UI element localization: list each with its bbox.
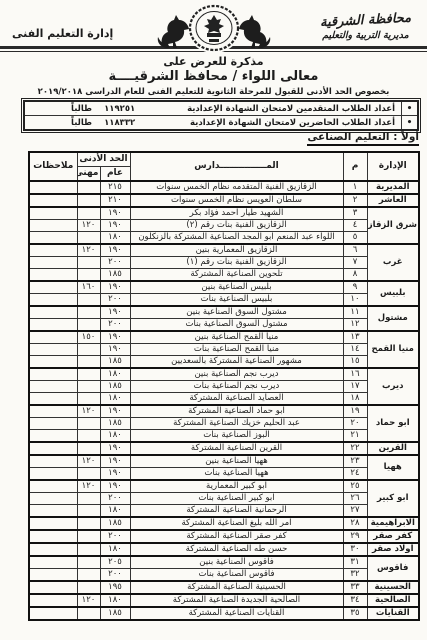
serial-cell: ١٦: [343, 368, 367, 381]
vocational-min-cell: [77, 381, 100, 393]
serial-cell: ١٣: [343, 331, 367, 344]
district-cell: منيا القمح: [367, 331, 419, 368]
table-row: ١٥مشهور الصناعية المشتركة بالسعديين١٨٥: [29, 356, 419, 369]
general-min-cell: ٢٠٥: [100, 556, 130, 569]
table-row: ديرب١٦ديرب نجم الصناعية بنين١٨٠: [29, 368, 419, 381]
notes-cell: [29, 581, 77, 594]
serial-cell: ٥: [343, 232, 367, 245]
general-min-cell: ١٩٠: [100, 306, 130, 319]
vocational-min-cell: [77, 257, 100, 269]
notes-cell: [29, 543, 77, 556]
vocational-min-cell: [77, 393, 100, 406]
school-name-cell: الرحمانية الصناعية المشتركة: [130, 505, 343, 518]
notes-cell: [29, 442, 77, 455]
serial-cell: ١٠: [343, 294, 367, 307]
notes-cell: [29, 405, 77, 418]
stat-row-attendees: • أعداد الطلاب الحاضرين لامتحان الشهادة …: [25, 115, 417, 129]
table-row: ٢١البوز الصناعية بنات١٨٠: [29, 430, 419, 443]
general-min-cell: ١٨٠: [100, 368, 130, 381]
table-row: ٨تلحوين الصناعية المشتركة١٨٥: [29, 269, 419, 282]
serial-cell: ٢٨: [343, 517, 367, 530]
vocational-min-cell: [77, 356, 100, 369]
stat-unit: طالباً: [71, 116, 92, 129]
vocational-min-cell: [77, 442, 100, 455]
vocational-min-cell: [77, 581, 100, 594]
district-cell: المديرية: [367, 181, 419, 194]
table-row: بلبيس٩بلبيس الصناعية بنين١٩٠١٦٠: [29, 281, 419, 294]
serial-cell: ٣٢: [343, 569, 367, 582]
notes-cell: [29, 344, 77, 356]
general-min-cell: ١٩٠: [100, 281, 130, 294]
general-min-cell: ٢٠٠: [100, 294, 130, 307]
serial-cell: ٢٣: [343, 455, 367, 468]
notes-cell: [29, 607, 77, 620]
vocational-min-cell: ١٢٠: [77, 405, 100, 418]
vocational-min-cell: ١٢٠: [77, 594, 100, 607]
district-cell: اولاد صقر: [367, 543, 419, 556]
school-name-cell: القنايات الصناعية المشتركة: [130, 607, 343, 620]
notes-cell: [29, 517, 77, 530]
school-name-cell: امر الله بليغ الصناعية المشتركة: [130, 517, 343, 530]
district-cell: ابو حماد: [367, 405, 419, 442]
vocational-min-cell: [77, 569, 100, 582]
table-row: ٢٧الرحمانية الصناعية المشتركة١٨٠: [29, 505, 419, 518]
school-name-cell: منيا القمح الصناعية بنين: [130, 331, 343, 344]
stat-label: أعداد الطلاب المتقدمين لامتحان الشهادة ا…: [135, 102, 401, 115]
school-name-cell: مشتول السوق الصناعية بنين: [130, 306, 343, 319]
general-min-cell: ٢٠٠: [100, 493, 130, 505]
school-name-cell: الزقازيق الفنية بنات رقم (١): [130, 257, 343, 269]
school-name-cell: ههيا الصناعية بنات: [130, 468, 343, 481]
min-scores-table-body: المديرية١الزقازيق الفنية المتقدمه نظام ا…: [29, 181, 419, 620]
col-header-serial: م: [343, 152, 367, 181]
department-title: إدارة التعليم الفنى: [12, 27, 113, 40]
vocational-min-cell: ١٢٠: [77, 220, 100, 232]
school-name-cell: حسن طه الصناعية المشتركة: [130, 543, 343, 556]
general-min-cell: ٢٠٠: [100, 530, 130, 543]
table-row: الابراهيمية٢٨امر الله بليغ الصناعية المش…: [29, 517, 419, 530]
notes-cell: [29, 530, 77, 543]
notes-cell: [29, 505, 77, 518]
school-name-cell: الصالحية الجديدة الصناعية المشتركة: [130, 594, 343, 607]
table-row: ابو كبير٢٥ابو كبير المعمارية١٩٠١٢٠: [29, 480, 419, 493]
school-name-cell: ههيا الصناعية بنين: [130, 455, 343, 468]
vocational-min-cell: [77, 543, 100, 556]
notes-cell: [29, 319, 77, 332]
serial-cell: ٣٥: [343, 607, 367, 620]
vocational-min-cell: [77, 207, 100, 220]
serial-cell: ١: [343, 181, 367, 194]
table-row: فاقوس٣١فاقوس الصناعية بنين٢٠٥: [29, 556, 419, 569]
table-row: ١٨العصايد الصناعية المشتركة١٨٠: [29, 393, 419, 406]
header-right-block: محافظة الشرقية مديرية التربية والتعليم: [320, 8, 411, 42]
table-row: كفر صقر٢٩كفر صقر الصناعية المشتركة٢٠٠: [29, 530, 419, 543]
memo-title-line1: مذكرة للعرض على: [0, 55, 427, 68]
serial-cell: ٩: [343, 281, 367, 294]
general-min-cell: ١٨٥: [100, 269, 130, 282]
school-name-cell: مشتول السوق الصناعية بنات: [130, 319, 343, 332]
col-header-vocational: مهنى: [77, 167, 100, 182]
table-row: ٣٢فاقوس الصناعية بنات٢٠٠: [29, 569, 419, 582]
general-min-cell: ١٩٠: [100, 455, 130, 468]
notes-cell: [29, 356, 77, 369]
vocational-min-cell: [77, 344, 100, 356]
table-row: ههيا٢٣ههيا الصناعية بنين١٩٠١٢٠: [29, 455, 419, 468]
governorate-emblem-icon: [149, 2, 279, 58]
serial-cell: ٢١: [343, 430, 367, 443]
vocational-min-cell: [77, 505, 100, 518]
school-name-cell: الشهيد طيار احمد فؤاد بكر: [130, 207, 343, 220]
district-cell: ديرب: [367, 368, 419, 405]
vocational-min-cell: [77, 181, 100, 194]
vocational-min-cell: [77, 306, 100, 319]
stat-label: أعداد الطلاب الحاضرين لامتحان الشهادة ال…: [135, 116, 401, 129]
table-row: ٢٠عبد الحليم خزيك الصناعية المشتركة١٨٥: [29, 418, 419, 430]
memo-document-page: محافظة الشرقية مديرية التربية والتعليم إ…: [0, 0, 427, 640]
serial-cell: ٧: [343, 257, 367, 269]
school-name-cell: الزقازيق الفنية بنات رقم (٢): [130, 220, 343, 232]
section-title-industrial-education: أولاً : التعليم الصناعى: [307, 131, 419, 146]
vocational-min-cell: ١٢٠: [77, 480, 100, 493]
vocational-min-cell: [77, 368, 100, 381]
vocational-min-cell: [77, 269, 100, 282]
district-cell: الحسينية: [367, 581, 419, 594]
table-row: المديرية١الزقازيق الفنية المتقدمه نظام ا…: [29, 181, 419, 194]
general-min-cell: ١٩٠: [100, 207, 130, 220]
table-row: ١٢مشتول السوق الصناعية بنات٢٠٠: [29, 319, 419, 332]
serial-cell: ٤: [343, 220, 367, 232]
serial-cell: ٢٧: [343, 505, 367, 518]
vocational-min-cell: [77, 194, 100, 207]
table-row: منيا القمح١٣منيا القمح الصناعية بنين١٩٠١…: [29, 331, 419, 344]
vocational-min-cell: [77, 556, 100, 569]
serial-cell: ١٩: [343, 405, 367, 418]
school-name-cell: الحسينية الصناعية المشتركة: [130, 581, 343, 594]
notes-cell: [29, 480, 77, 493]
notes-cell: [29, 393, 77, 406]
notes-cell: [29, 430, 77, 443]
serial-cell: ٢٩: [343, 530, 367, 543]
table-row: ٧الزقازيق الفنية بنات رقم (١)٢٠٠: [29, 257, 419, 269]
notes-cell: [29, 493, 77, 505]
notes-cell: [29, 269, 77, 282]
bullet-icon: •: [401, 102, 417, 115]
school-name-cell: بلبيس الصناعية بنات: [130, 294, 343, 307]
vocational-min-cell: [77, 294, 100, 307]
table-row: القنايات٣٥القنايات الصناعية المشتركة١٨٥: [29, 607, 419, 620]
memo-title-line2: معالى اللواء / محافظ الشرقيــــة: [0, 69, 427, 84]
serial-cell: ١٨: [343, 393, 367, 406]
general-min-cell: ١٨٠: [100, 505, 130, 518]
general-min-cell: ١٨٠: [100, 594, 130, 607]
table-row: غرب٦الزقازيق المعمارية بنين١٩٠١٢٠: [29, 244, 419, 257]
general-min-cell: ١٨٥: [100, 381, 130, 393]
general-min-cell: ١٨٠: [100, 393, 130, 406]
table-header: الإدارة م المـــــــــــــــدارس الحد ال…: [29, 152, 419, 181]
district-cell: الابراهيمية: [367, 517, 419, 530]
table-row: ١٠بلبيس الصناعية بنات٢٠٠: [29, 294, 419, 307]
stat-value: ١١٨٣٣٢: [104, 116, 135, 129]
vocational-min-cell: [77, 319, 100, 332]
school-name-cell: العصايد الصناعية المشتركة: [130, 393, 343, 406]
table-row: الصالحية٣٤الصالحية الجديدة الصناعية المش…: [29, 594, 419, 607]
general-min-cell: ١٩٠: [100, 244, 130, 257]
vocational-min-cell: [77, 418, 100, 430]
serial-cell: ١١: [343, 306, 367, 319]
table-row: ابو حماد١٩ابو حماد الصناعية المشتركة١٩٠١…: [29, 405, 419, 418]
general-min-cell: ١٩٠: [100, 442, 130, 455]
col-header-district: الإدارة: [367, 152, 419, 181]
table-row: الحسينية٣٣الحسينية الصناعية المشتركة١٩٥: [29, 581, 419, 594]
general-min-cell: ١٨٥: [100, 418, 130, 430]
school-name-cell: الزقازيق المعمارية بنين: [130, 244, 343, 257]
vocational-min-cell: [77, 530, 100, 543]
vocational-min-cell: [77, 607, 100, 620]
general-min-cell: ١٩٠: [100, 220, 130, 232]
school-name-cell: مشهور الصناعية المشتركة بالسعديين: [130, 356, 343, 369]
vocational-min-cell: [77, 430, 100, 443]
general-min-cell: ١٨٥: [100, 607, 130, 620]
school-name-cell: ديرب نجم الصناعية بنات: [130, 381, 343, 393]
general-min-cell: ١٩٠: [100, 344, 130, 356]
vocational-min-cell: ١٢٠: [77, 244, 100, 257]
serial-cell: ٢٠: [343, 418, 367, 430]
district-cell: غرب: [367, 244, 419, 281]
table-row: ٢٤ههيا الصناعية بنات١٩٠: [29, 468, 419, 481]
table-row: القرين٢٢القرين الصناعية المشتركة١٩٠: [29, 442, 419, 455]
table-row: ١٤منيا القمح الصناعية بنات١٩٠: [29, 344, 419, 356]
general-min-cell: ٢٠٠: [100, 257, 130, 269]
notes-cell: [29, 455, 77, 468]
school-name-cell: ابو كبير المعمارية: [130, 480, 343, 493]
col-header-minimum: الحد الأدنى: [77, 152, 130, 167]
general-min-cell: ١٩٠: [100, 480, 130, 493]
memo-subject-line: بخصوص الحد الأدنى للقبول للمرحلة الثانوي…: [0, 87, 427, 97]
col-header-general: عام: [100, 167, 130, 182]
school-name-cell: ديرب نجم الصناعية بنين: [130, 368, 343, 381]
school-name-cell: كفر صقر الصناعية المشتركة: [130, 530, 343, 543]
table-row: ٢٦ابو كبير الصناعية بنات٢٠٠: [29, 493, 419, 505]
district-cell: بلبيس: [367, 281, 419, 306]
vocational-min-cell: [77, 468, 100, 481]
general-min-cell: ١٩٠: [100, 468, 130, 481]
notes-cell: [29, 232, 77, 245]
notes-cell: [29, 556, 77, 569]
district-cell: العاشر: [367, 194, 419, 207]
table-row: العاشر٢سلطان العويس نظام الخمس سنوات٢١٠: [29, 194, 419, 207]
district-cell: الصالحية: [367, 594, 419, 607]
school-name-cell: منيا القمح الصناعية بنات: [130, 344, 343, 356]
serial-cell: ٢٥: [343, 480, 367, 493]
school-name-cell: ابو حماد الصناعية المشتركة: [130, 405, 343, 418]
school-name-cell: البوز الصناعية بنات: [130, 430, 343, 443]
general-min-cell: ١٨٠: [100, 543, 130, 556]
stat-value: ١١٩٢٥١: [104, 102, 135, 115]
general-min-cell: ٢١٥: [100, 181, 130, 194]
general-min-cell: ٢١٠: [100, 194, 130, 207]
table-row: ٤الزقازيق الفنية بنات رقم (٢)١٩٠١٢٠: [29, 220, 419, 232]
school-name-cell: فاقوس الصناعية بنين: [130, 556, 343, 569]
school-name-cell: تلحوين الصناعية المشتركة: [130, 269, 343, 282]
district-cell: كفر صقر: [367, 530, 419, 543]
col-header-notes: ملاحظات: [29, 152, 77, 181]
serial-cell: ١٢: [343, 319, 367, 332]
district-cell: مشتول: [367, 306, 419, 331]
general-min-cell: ٢٠٠: [100, 319, 130, 332]
notes-cell: [29, 368, 77, 381]
serial-cell: ٨: [343, 269, 367, 282]
district-cell: ههيا: [367, 455, 419, 480]
general-min-cell: ١٨٥: [100, 517, 130, 530]
serial-cell: ٣٤: [343, 594, 367, 607]
school-name-cell: اللواء عبد المنعم ابو المجد الصناعية الم…: [130, 232, 343, 245]
col-header-schools: المـــــــــــــــدارس: [130, 152, 343, 181]
notes-cell: [29, 194, 77, 207]
notes-cell: [29, 244, 77, 257]
district-cell: شرق الزقازيق: [367, 207, 419, 244]
notes-cell: [29, 220, 77, 232]
table-row: ١٧ديرب نجم الصناعية بنات١٨٥: [29, 381, 419, 393]
notes-cell: [29, 294, 77, 307]
stat-unit: طالباً: [71, 102, 92, 115]
notes-cell: [29, 418, 77, 430]
serial-cell: ٣٣: [343, 581, 367, 594]
serial-cell: ١٥: [343, 356, 367, 369]
notes-cell: [29, 181, 77, 194]
notes-cell: [29, 306, 77, 319]
general-min-cell: ١٨٥: [100, 356, 130, 369]
serial-cell: ٢٦: [343, 493, 367, 505]
district-cell: فاقوس: [367, 556, 419, 581]
serial-cell: ٣٠: [343, 543, 367, 556]
vocational-min-cell: [77, 493, 100, 505]
school-name-cell: الزقازيق الفنية المتقدمه نظام الخمس سنوا…: [130, 181, 343, 194]
general-min-cell: ١٩٠: [100, 405, 130, 418]
vocational-min-cell: [77, 517, 100, 530]
directorate-title: مديرية التربية والتعليم: [320, 30, 411, 43]
serial-cell: ٢: [343, 194, 367, 207]
general-min-cell: ١٩٠: [100, 331, 130, 344]
district-cell: القنايات: [367, 607, 419, 620]
governorate-title: محافظة الشرقية: [319, 10, 411, 32]
serial-cell: ٣: [343, 207, 367, 220]
general-min-cell: ٢٠٠: [100, 569, 130, 582]
school-name-cell: سلطان العويس نظام الخمس سنوات: [130, 194, 343, 207]
general-min-cell: ١٨٠: [100, 430, 130, 443]
notes-cell: [29, 207, 77, 220]
serial-cell: ١٧: [343, 381, 367, 393]
general-min-cell: ١٩٥: [100, 581, 130, 594]
vocational-min-cell: ١٢٠: [77, 455, 100, 468]
serial-cell: ٦: [343, 244, 367, 257]
serial-cell: ١٤: [343, 344, 367, 356]
serial-cell: ٢٢: [343, 442, 367, 455]
school-name-cell: ابو كبير الصناعية بنات: [130, 493, 343, 505]
table-row: مشتول١١مشتول السوق الصناعية بنين١٩٠: [29, 306, 419, 319]
notes-cell: [29, 331, 77, 344]
school-name-cell: القرين الصناعية المشتركة: [130, 442, 343, 455]
vocational-min-cell: [77, 232, 100, 245]
notes-cell: [29, 569, 77, 582]
school-name-cell: عبد الحليم خزيك الصناعية المشتركة: [130, 418, 343, 430]
vocational-min-cell: ١٦٠: [77, 281, 100, 294]
stat-row-applicants: • أعداد الطلاب المتقدمين لامتحان الشهادة…: [25, 102, 417, 115]
bullet-icon: •: [401, 116, 417, 129]
min-scores-table: الإدارة م المـــــــــــــــدارس الحد ال…: [28, 151, 420, 621]
notes-cell: [29, 468, 77, 481]
table-row: شرق الزقازيق٣الشهيد طيار احمد فؤاد بكر١٩…: [29, 207, 419, 220]
notes-cell: [29, 381, 77, 393]
serial-cell: ٢٤: [343, 468, 367, 481]
vocational-min-cell: ١٥٠: [77, 331, 100, 344]
school-name-cell: بلبيس الصناعية بنين: [130, 281, 343, 294]
memo-title-block: مذكرة للعرض على معالى اللواء / محافظ الش…: [0, 55, 427, 97]
applicants-stats-box: • أعداد الطلاب المتقدمين لامتحان الشهادة…: [23, 100, 419, 131]
table-row: ٥اللواء عبد المنعم ابو المجد الصناعية ال…: [29, 232, 419, 245]
district-cell: القرين: [367, 442, 419, 455]
notes-cell: [29, 257, 77, 269]
school-name-cell: فاقوس الصناعية بنات: [130, 569, 343, 582]
general-min-cell: ١٨٠: [100, 232, 130, 245]
notes-cell: [29, 594, 77, 607]
table-row: اولاد صقر٣٠حسن طه الصناعية المشتركة١٨٠: [29, 543, 419, 556]
notes-cell: [29, 281, 77, 294]
district-cell: ابو كبير: [367, 480, 419, 517]
serial-cell: ٣١: [343, 556, 367, 569]
